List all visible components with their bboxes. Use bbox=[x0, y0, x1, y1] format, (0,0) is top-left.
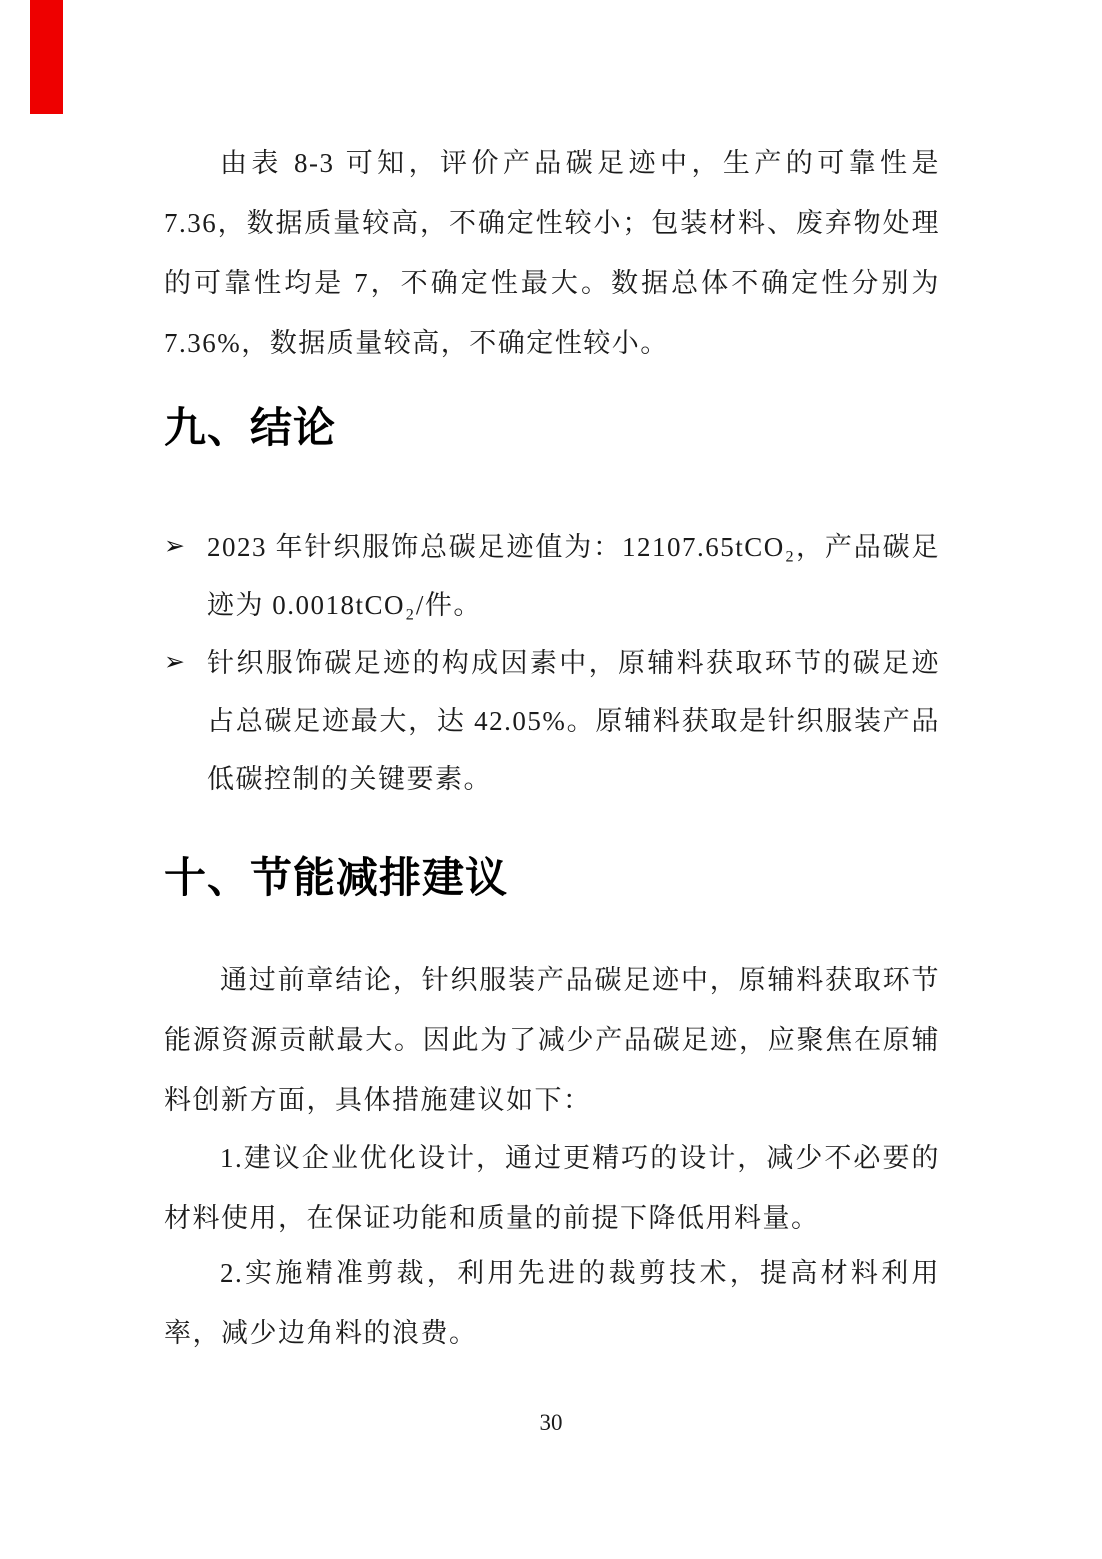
paragraph-suggestions-intro: 通过前章结论，针织服装产品碳足迹中，原辅料获取环节能源资源贡献最大。因此为了减少… bbox=[164, 950, 940, 1130]
arrow-bullet-icon: ➢ bbox=[164, 633, 185, 691]
conclusion-bullet-list: ➢ 2023 年针织服饰总碳足迹值为：12107.65tCO₂，产品碳足迹为 0… bbox=[164, 518, 940, 808]
red-highlight-bar bbox=[30, 0, 63, 114]
list-item: ➢ 针织服饰碳足迹的构成因素中，原辅料获取环节的碳足迹占总碳足迹最大，达 42.… bbox=[164, 634, 940, 808]
section-heading-energy-saving-suggestions: 十、节能减排建议 bbox=[164, 848, 940, 910]
section-heading-conclusion: 九、结论 bbox=[164, 398, 940, 460]
bullet-text-total-footprint: 2023 年针织服饰总碳足迹值为：12107.65tCO₂，产品碳足迹为 0.0… bbox=[207, 532, 940, 620]
bullet-text-composition-factor: 针织服饰碳足迹的构成因素中，原辅料获取环节的碳足迹占总碳足迹最大，达 42.05… bbox=[207, 648, 940, 794]
arrow-bullet-icon: ➢ bbox=[164, 517, 185, 575]
paragraph-uncertainty-summary: 由表 8-3 可知，评价产品碳足迹中，生产的可靠性是 7.36，数据质量较高，不… bbox=[164, 133, 940, 373]
page-number: 30 bbox=[0, 1408, 1102, 1438]
paragraph-suggestion-1: 1.建议企业优化设计，通过更精巧的设计，减少不必要的材料使用，在保证功能和质量的… bbox=[164, 1128, 940, 1248]
paragraph-suggestion-2: 2.实施精准剪裁，利用先进的裁剪技术，提高材料利用率，减少边角料的浪费。 bbox=[164, 1243, 940, 1363]
list-item: ➢ 2023 年针织服饰总碳足迹值为：12107.65tCO₂，产品碳足迹为 0… bbox=[164, 518, 940, 634]
